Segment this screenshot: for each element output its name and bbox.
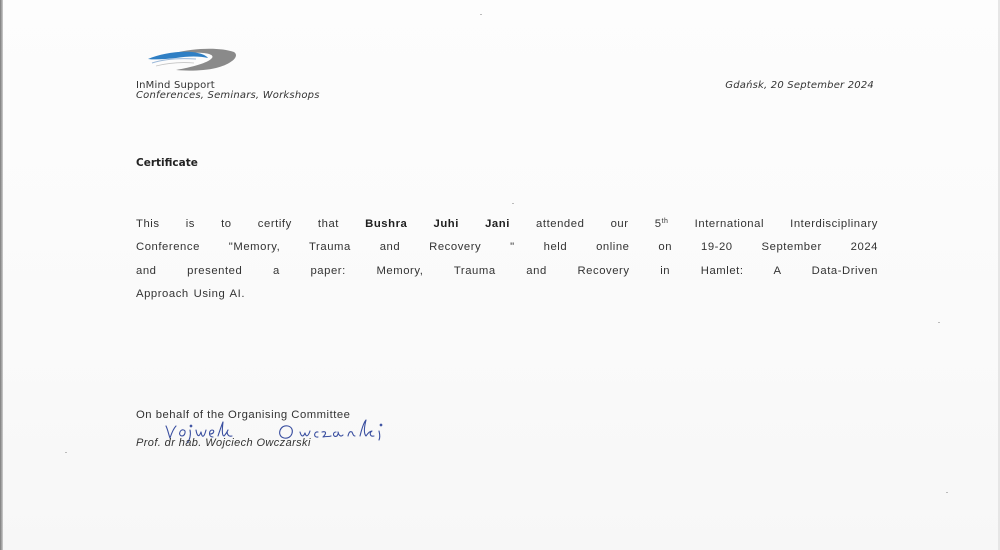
organisation-tagline: Conferences, Seminars, Workshops [136,90,320,101]
certificate-title: Certificate [136,157,198,169]
attended-text: attended our [536,218,629,230]
recipient-name: Bushra Juhi Jani [365,218,510,230]
scan-speck [480,14,482,15]
certificate-body: This is to certify that Bushra Juhi Jani… [136,213,878,306]
body-line-1: This is to certify that Bushra Juhi Jani… [136,213,878,236]
signer-name: Prof. dr hab. Wojciech Owczarski [136,437,311,449]
body-line-3: and presented a paper: Memory, Trauma an… [136,260,878,283]
scan-speck [65,452,67,453]
scan-speck [938,322,940,323]
conference-type: International Interdisciplinary [695,218,878,230]
intro-text: This is to certify that [136,218,339,230]
inmind-logo-icon [146,47,238,71]
place-and-date: Gdańsk, 20 September 2024 [650,80,874,91]
scan-speck [512,203,514,204]
scan-speck [946,492,948,493]
body-line-2: Conference "Memory, Trauma and Recovery … [136,236,878,259]
scan-edge-left [0,0,3,550]
certificate-page: InMind Support Conferences, Seminars, Wo… [0,0,1000,550]
body-line-4: Approach Using AI. [136,283,878,306]
edition-suffix: th [662,218,669,225]
edition-number: 5 [655,218,662,230]
